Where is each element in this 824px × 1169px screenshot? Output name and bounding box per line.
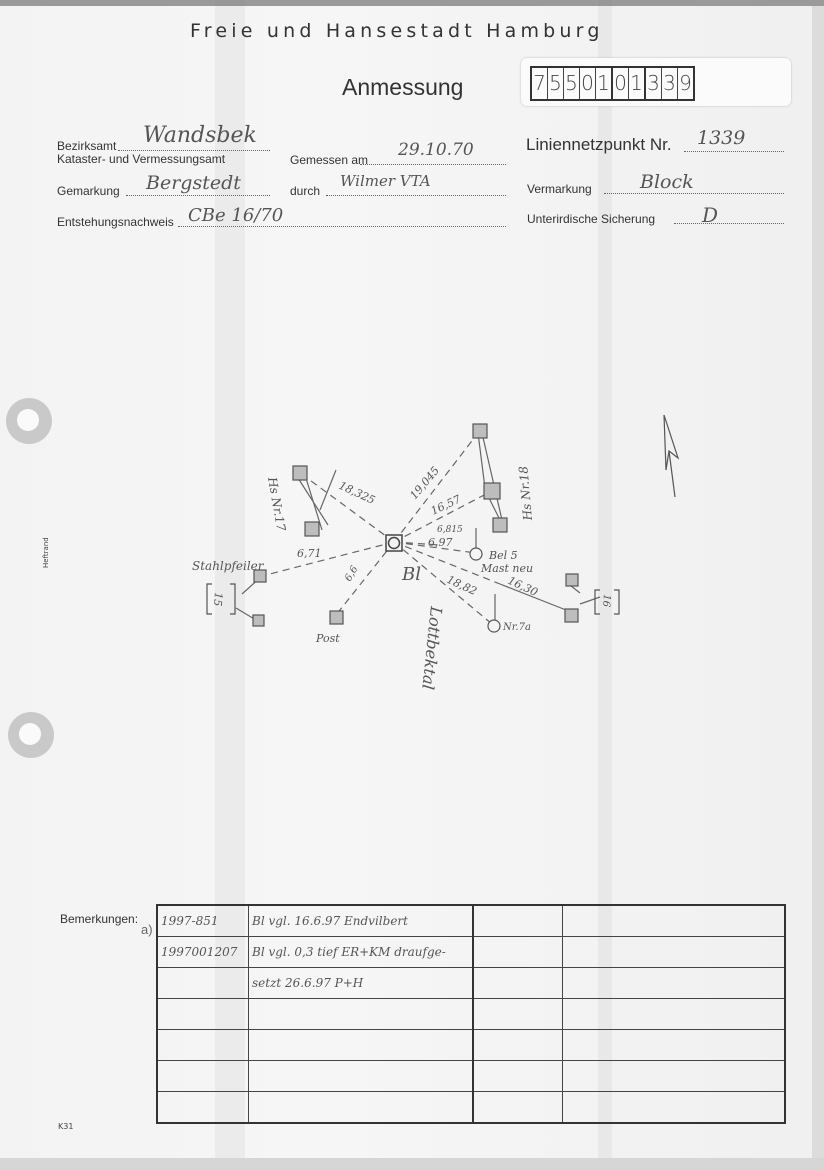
table-row: 1997-851Bl vgl. 16.6.97 Endvilbert bbox=[157, 905, 785, 937]
svg-text:Post: Post bbox=[315, 632, 340, 645]
table-row bbox=[157, 1092, 785, 1124]
svg-text:Mast neu: Mast neu bbox=[480, 562, 533, 575]
form-code: K31 bbox=[58, 1122, 73, 1131]
table-cell bbox=[563, 937, 786, 968]
table-row: setzt 26.6.97 P+H bbox=[157, 968, 785, 999]
table-cell bbox=[473, 1061, 563, 1092]
table-cell bbox=[473, 999, 563, 1030]
svg-text:Stahlpfeiler: Stahlpfeiler bbox=[192, 559, 265, 573]
table-cell bbox=[249, 1092, 474, 1124]
table-cell bbox=[157, 1092, 249, 1124]
table-cell bbox=[563, 905, 786, 937]
table-cell: 1997-851 bbox=[157, 905, 249, 937]
point-label: Bl bbox=[401, 564, 421, 585]
svg-text:6,6: 6,6 bbox=[343, 564, 361, 584]
svg-text:15: 15 bbox=[211, 592, 225, 607]
table-cell: setzt 26.6.97 P+H bbox=[249, 968, 474, 999]
table-cell bbox=[157, 1030, 249, 1061]
svg-text:Hs Nr.18: Hs Nr.18 bbox=[516, 465, 535, 522]
table-row bbox=[157, 1061, 785, 1092]
table-cell bbox=[473, 905, 563, 937]
remarks-marker: a) bbox=[141, 922, 153, 937]
svg-text:Lottbektal: Lottbektal bbox=[418, 605, 446, 691]
table-cell bbox=[473, 1030, 563, 1061]
svg-text:6,71: 6,71 bbox=[297, 547, 322, 560]
table-row bbox=[157, 1030, 785, 1061]
svg-text:Bel 5: Bel 5 bbox=[488, 549, 518, 562]
table-cell bbox=[563, 1061, 786, 1092]
table-cell bbox=[157, 968, 249, 999]
table-row bbox=[157, 999, 785, 1030]
remarks-table: 1997-851Bl vgl. 16.6.97 Endvilbert199700… bbox=[156, 904, 786, 1124]
table-cell bbox=[563, 999, 786, 1030]
table-row: 1997001207Bl vgl. 0,3 tief ER+KM draufge… bbox=[157, 937, 785, 968]
table-cell bbox=[473, 1092, 563, 1124]
table-cell bbox=[157, 1061, 249, 1092]
table-cell: 1997001207 bbox=[157, 937, 249, 968]
svg-text:Hs Nr.17: Hs Nr.17 bbox=[265, 475, 288, 532]
remarks-label: Bemerkungen: bbox=[60, 912, 138, 926]
table-cell bbox=[249, 1061, 474, 1092]
svg-text:18,82: 18,82 bbox=[445, 573, 479, 598]
table-cell bbox=[473, 968, 563, 999]
table-cell bbox=[249, 999, 474, 1030]
table-cell: Bl vgl. 16.6.97 Endvilbert bbox=[249, 905, 474, 937]
svg-text:19,045: 19,045 bbox=[407, 464, 442, 502]
svg-text:16,30: 16,30 bbox=[506, 574, 540, 599]
north-arrow-icon bbox=[664, 415, 678, 497]
table-cell bbox=[563, 1030, 786, 1061]
table-cell bbox=[157, 999, 249, 1030]
svg-text:6,97: 6,97 bbox=[428, 536, 453, 549]
svg-text:Nr.7a: Nr.7a bbox=[502, 622, 531, 633]
svg-text:16: 16 bbox=[600, 594, 612, 608]
table-cell bbox=[473, 937, 563, 968]
svg-text:6,815: 6,815 bbox=[437, 525, 463, 535]
table-cell bbox=[563, 1092, 786, 1124]
table-cell: Bl vgl. 0,3 tief ER+KM draufge- bbox=[249, 937, 474, 968]
svg-text:18,325: 18,325 bbox=[337, 479, 377, 507]
table-cell bbox=[563, 968, 786, 999]
svg-text:16,57: 16,57 bbox=[429, 493, 463, 518]
table-cell bbox=[249, 1030, 474, 1061]
